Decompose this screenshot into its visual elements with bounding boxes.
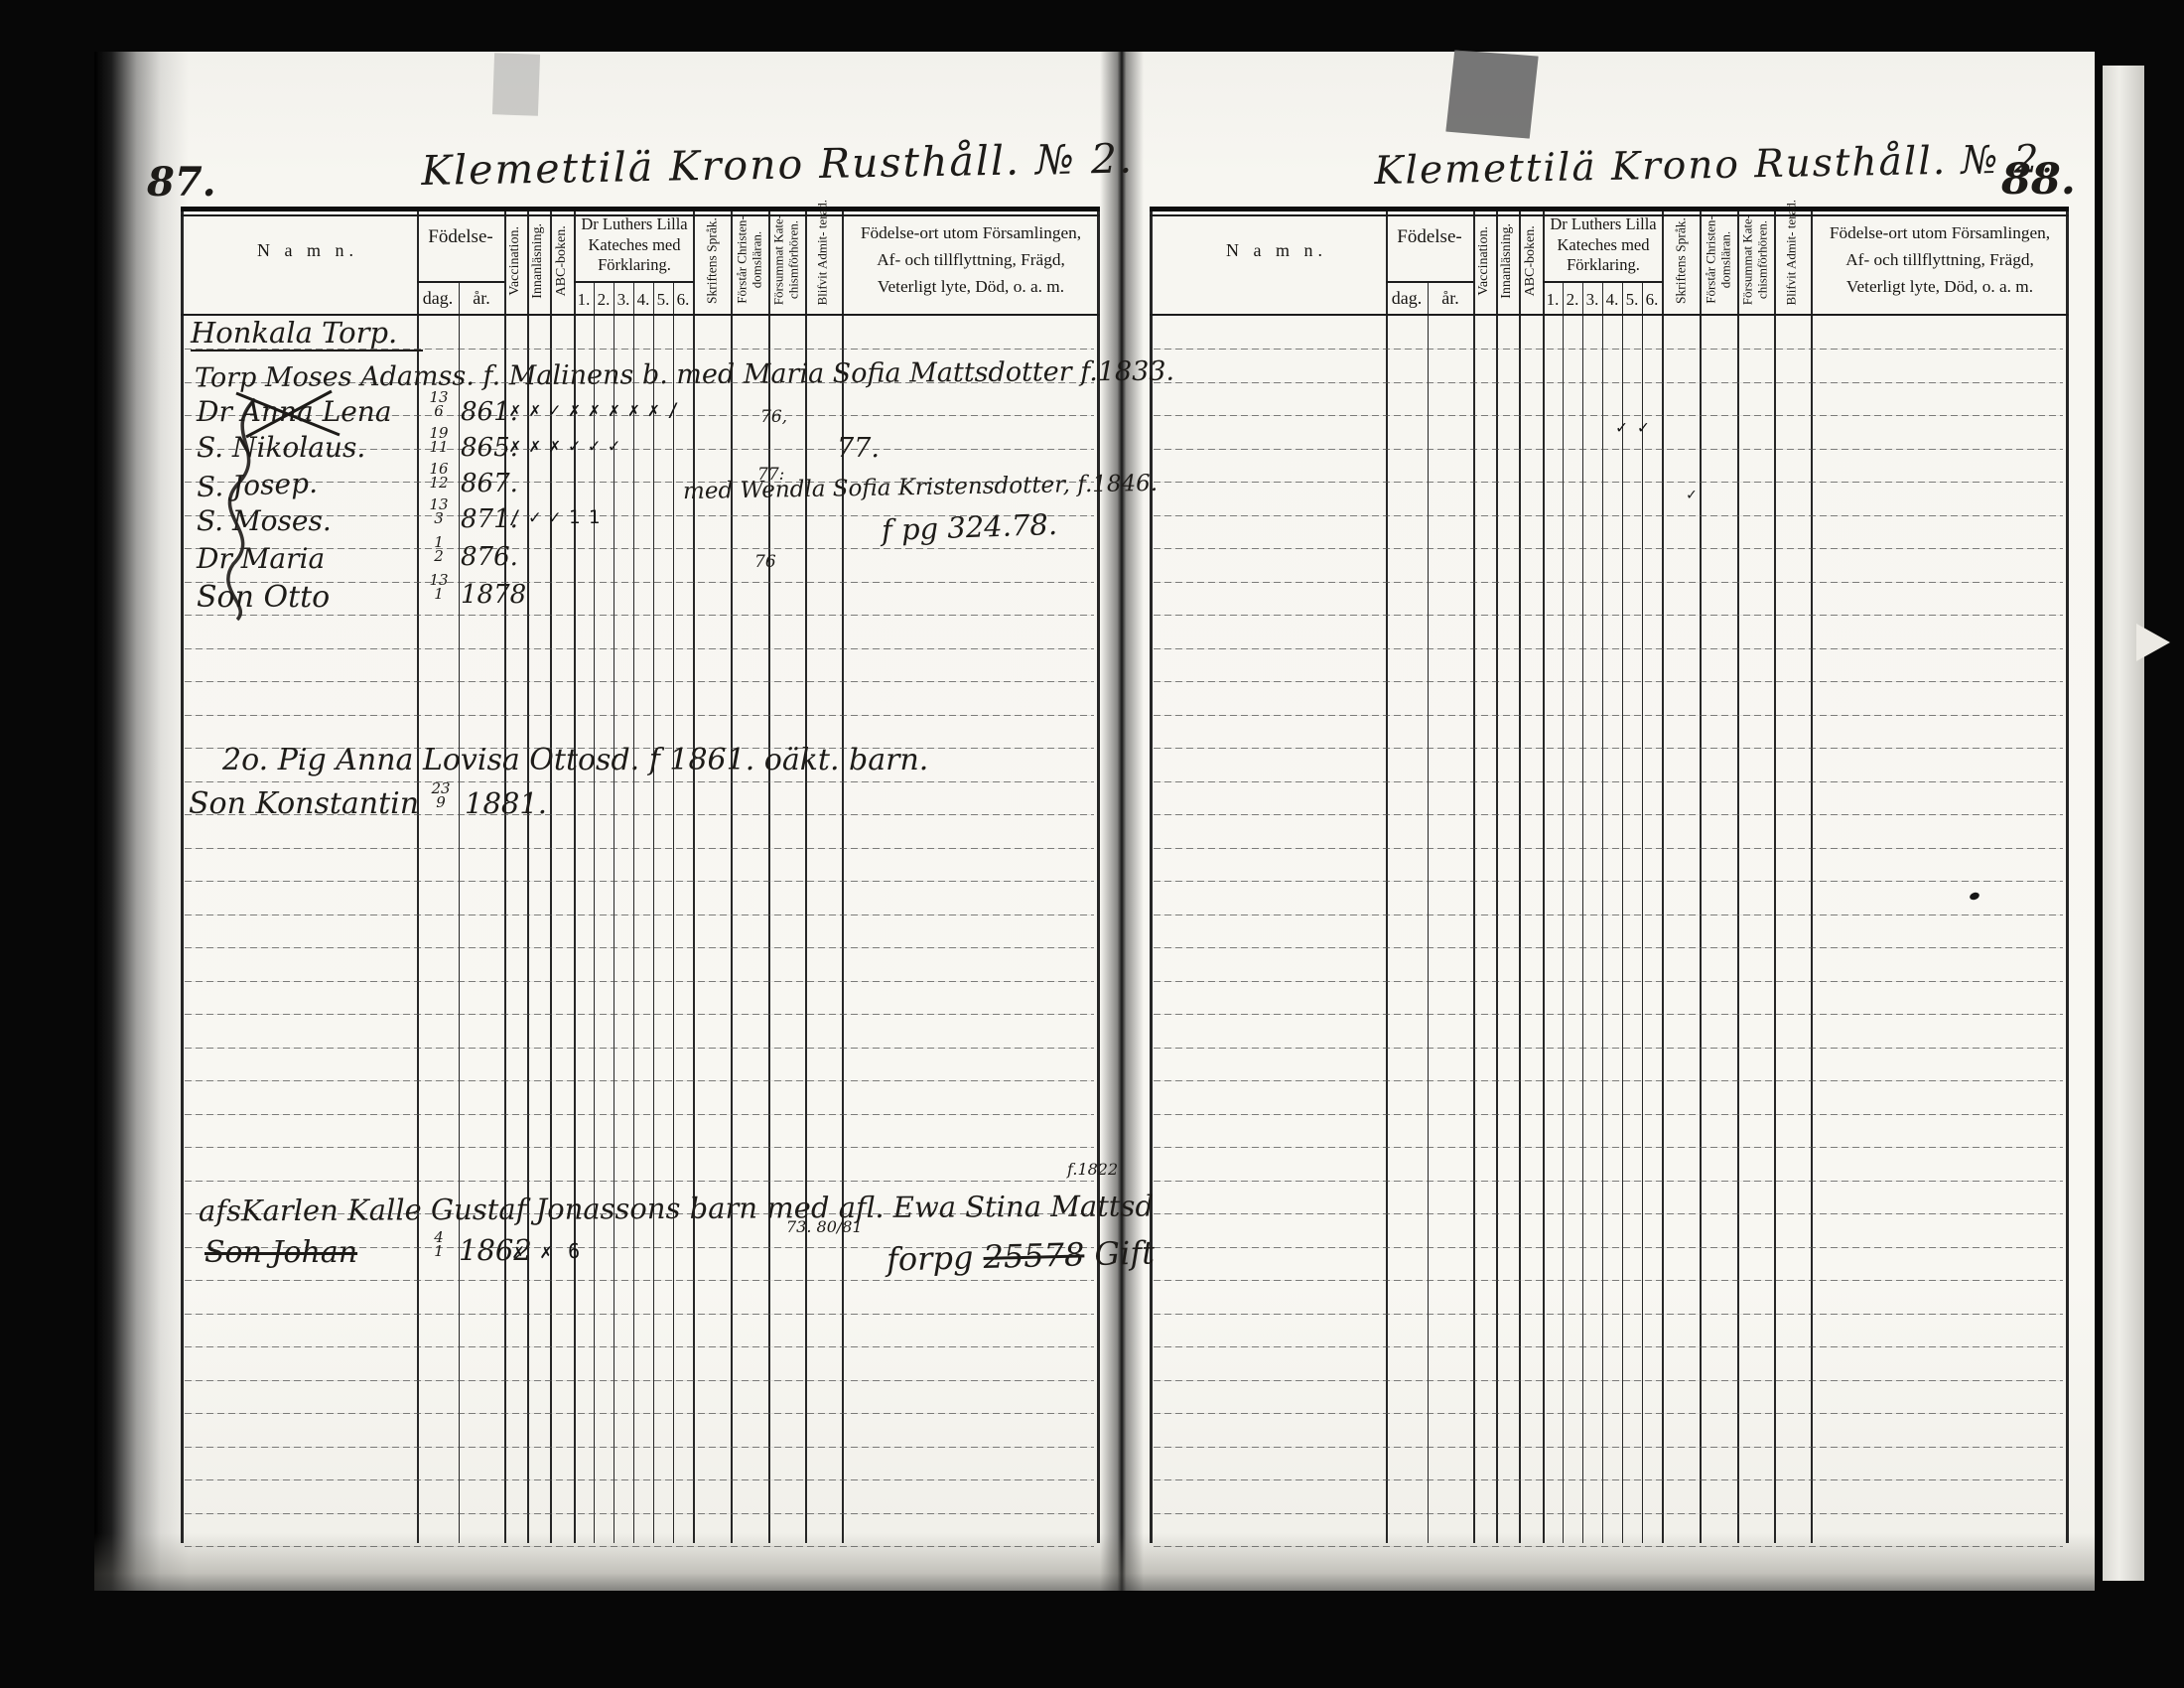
col-header-blifvit: Blifvit Admit- terad. (1785, 197, 1800, 308)
grid-line (1154, 582, 2063, 583)
record-name: Son Johan (205, 1235, 357, 1270)
birth-month: 11 (421, 441, 457, 455)
grid-line (1700, 209, 1702, 1543)
grid-line (1154, 1380, 2063, 1381)
record-entry: 2o. Pig Anna Lovisa Ottosd. f 1861. oäkt… (222, 743, 928, 777)
col-header-k4: 4. (633, 290, 653, 310)
col-header-innanlasning: Innanläsning. (1499, 206, 1515, 317)
birth-month: 1 (421, 588, 457, 602)
grid-line (633, 281, 634, 1543)
col-header-k3: 3. (1582, 290, 1602, 310)
record-entry: afsKarlen Kalle Gustaf Jonassons barn me… (199, 1189, 1154, 1227)
tick-marks: ✓✓ (1616, 417, 1660, 438)
grid-line (1811, 209, 1813, 1543)
grid-line (1737, 209, 1739, 1543)
grid-line (1154, 947, 2063, 948)
col-header-k2: 2. (1563, 290, 1582, 310)
grid-line (1662, 209, 1664, 1543)
grid-line (1543, 209, 1545, 1543)
grid-line (185, 1080, 1094, 1081)
grid-line (1154, 981, 2063, 982)
col-header-ar: år. (459, 288, 504, 309)
grid-line (842, 209, 844, 1543)
margin-number: 77. (837, 433, 880, 464)
grid-line (185, 1014, 1094, 1015)
birth-year-note: f.1822 (1067, 1160, 1118, 1179)
col-header-k2: 2. (594, 290, 614, 310)
section-heading: Honkala Torp. (191, 316, 423, 352)
col-header-forsummat: Försummat Kate- chismförhören. (1740, 205, 1769, 316)
grid-line (185, 1181, 1094, 1182)
birth-month: 9 (423, 796, 459, 810)
col-header-skriftens: Skriftens Språk. (1673, 206, 1688, 317)
col-header-fodelse: Födelse- (1386, 226, 1473, 248)
col-header-vaccination: Vaccination. (507, 206, 523, 317)
col-header-katekes: Dr Luthers Lilla Kateches med Förklaring… (576, 214, 693, 276)
grid-line (1154, 681, 2063, 682)
grid-line (185, 848, 1094, 849)
col-header-k3: 3. (614, 290, 633, 310)
birth-year: 867. (461, 469, 518, 498)
grid-line (805, 209, 807, 1543)
grid-line (1150, 209, 1153, 1543)
grid-line (1154, 615, 2063, 616)
col-header-fodelse: Födelse- (417, 226, 504, 248)
page-reference: forpg 25578 Gift (887, 1233, 1156, 1278)
grid-line (1154, 1413, 2063, 1414)
grid-line (1154, 515, 2063, 516)
grid-line (1154, 814, 2063, 815)
col-header-katekes: Dr Luthers Lilla Kateches med Förklaring… (1545, 214, 1662, 276)
record-name: Son Konstantin (189, 786, 419, 821)
col-header-ar: år. (1428, 288, 1473, 309)
grid-line (185, 981, 1094, 982)
grid-line (1154, 548, 2063, 549)
grid-line (1097, 209, 1100, 1543)
reference-prefix: forpg (887, 1238, 974, 1278)
grid-line (185, 947, 1094, 948)
grid-line (1154, 748, 2063, 749)
notes-line-3: Veterligt lyte, Död, o. a. m. (1815, 274, 2065, 301)
grid-line (653, 281, 654, 1543)
grid-line (1154, 848, 2063, 849)
grid-line (1154, 1314, 2063, 1315)
grid-line (185, 1346, 1094, 1347)
grid-line (1154, 1114, 2063, 1115)
grid-line (1154, 914, 2063, 915)
birth-year: 1878 (461, 580, 526, 610)
grid-line (185, 1513, 1094, 1514)
grid-line (185, 648, 1094, 649)
grid-line (1154, 781, 2063, 782)
grid-line (1154, 881, 2063, 882)
col-header-vaccination: Vaccination. (1476, 206, 1492, 317)
reference-suffix: Gift (1094, 1233, 1155, 1273)
grid-line (1642, 281, 1643, 1543)
col-header-k6: 6. (673, 290, 693, 310)
col-header-k5: 5. (1622, 290, 1642, 310)
grid-line (1154, 449, 2063, 450)
birth-month: 12 (421, 477, 457, 491)
col-header-skriftens: Skriftens Språk. (704, 206, 719, 317)
table-header-left: N a m n. Födelse- dag. år. Vaccination. … (0, 0, 1097, 397)
grid-line (185, 1447, 1094, 1448)
grid-line (1496, 209, 1498, 1543)
col-header-abc: ABC-boken. (1523, 206, 1539, 317)
bottom-shadow (94, 1533, 2095, 1591)
col-header-forstar: Förstår Christen- domsläran. (735, 205, 763, 316)
grid-line (1582, 281, 1583, 1543)
grid-line (1154, 1014, 2063, 1015)
grid-line (185, 615, 1094, 616)
grid-line (1774, 209, 1776, 1543)
col-header-forsummat: Försummat Kate- chismförhören. (771, 205, 800, 316)
grid-line (1154, 1280, 2063, 1281)
grid-line (594, 281, 595, 1543)
catechism-marks: ✗✗6 (512, 1239, 596, 1263)
birth-month: 3 (421, 512, 457, 526)
grid-line (1473, 209, 1475, 1543)
grid-line (1154, 1247, 2063, 1248)
col-header-dag: dag. (417, 288, 459, 309)
grid-line (185, 1280, 1094, 1281)
grid-line (1563, 281, 1564, 1543)
catechism-marks: /✓✓11 (509, 506, 609, 528)
col-header-notes: Födelse-ort utom Församlingen, Af- och t… (1815, 220, 2065, 300)
col-header-blifvit: Blifvit Admit- terad. (816, 197, 831, 308)
margin-number: 76, (760, 407, 787, 427)
margin-number: 73. 80/81 (786, 1217, 863, 1236)
grid-line (185, 1546, 1094, 1547)
birth-year: 1881. (465, 786, 547, 820)
grid-line (1154, 1447, 2063, 1448)
col-header-namn: N a m n. (228, 240, 387, 261)
col-header-k1: 1. (574, 290, 594, 310)
crossout-squiggle (204, 395, 293, 624)
grid-line (1154, 415, 2063, 416)
grid-line (1602, 281, 1603, 1543)
grid-line (1154, 1213, 2063, 1214)
grid-line (731, 209, 733, 1543)
grid-line (185, 781, 1094, 782)
grid-line (2066, 209, 2069, 1543)
grid-line (1154, 1147, 2063, 1148)
grid-line (1154, 648, 2063, 649)
grid-line (693, 209, 695, 1543)
grid-line (1154, 482, 2063, 483)
margin-number: 76 (754, 552, 776, 572)
grid-line (673, 281, 674, 1543)
grid-line (185, 681, 1094, 682)
table-header-right: N a m n. Födelse- dag. år. Vaccination. … (969, 0, 2066, 397)
birth-month: 2 (421, 550, 457, 564)
grid-line (185, 881, 1094, 882)
grid-line (1154, 1181, 2063, 1182)
col-header-forstar: Förstår Christen- domsläran. (1704, 205, 1732, 316)
grid-line (185, 1147, 1094, 1148)
grid-line (1154, 1048, 2063, 1049)
grid-line (185, 1314, 1094, 1315)
notes-line-2: Af- och tillflyttning, Frägd, (1815, 247, 2065, 274)
grid-line (1154, 1513, 2063, 1514)
grid-line (185, 1479, 1094, 1480)
grid-line (185, 1380, 1094, 1381)
reference-number-struck: 25578 (983, 1235, 1085, 1276)
birth-month: 1 (421, 1245, 457, 1259)
catechism-marks: ✗✗✗✓✓✓ (509, 435, 628, 457)
grid-line (1154, 1346, 2063, 1347)
page-reference: f pg 324.78. (881, 507, 1057, 547)
col-header-abc: ABC-boken. (554, 206, 570, 317)
col-header-innanlasning: Innanläsning. (530, 206, 546, 317)
col-header-k1: 1. (1543, 290, 1563, 310)
birth-year: 876. (461, 542, 518, 572)
grid-line (185, 1413, 1094, 1414)
grid-line (1519, 209, 1521, 1543)
grid-line (181, 209, 184, 1543)
col-header-namn: N a m n. (1197, 240, 1356, 261)
catechism-marks: ✗✗✓✗✗✗✗✗/ (509, 399, 687, 421)
page-corner-artifact (2136, 624, 2170, 661)
grid-line (1154, 1080, 2063, 1081)
grid-line (185, 715, 1094, 716)
notes-line-1: Födelse-ort utom Församlingen, (1815, 220, 2065, 247)
grid-line (1154, 1479, 2063, 1480)
grid-line (614, 281, 614, 1543)
col-header-k4: 4. (1602, 290, 1622, 310)
grid-line (185, 1048, 1094, 1049)
scanned-book-spread: 87. Klemettilä Krono Rusthåll. № 2. 88. … (0, 0, 2184, 1688)
birth-month: 6 (421, 405, 457, 419)
next-page-edge (2103, 66, 2144, 1581)
tick-mark: ✓ (1687, 485, 1697, 503)
col-header-k5: 5. (653, 290, 673, 310)
col-header-dag: dag. (1386, 288, 1428, 309)
col-header-k6: 6. (1642, 290, 1662, 310)
grid-line (185, 1114, 1094, 1115)
grid-line (185, 914, 1094, 915)
grid-line (1386, 209, 1388, 1543)
grid-line (1154, 715, 2063, 716)
grid-line (1428, 281, 1429, 1543)
grid-line (1154, 1546, 2063, 1547)
grid-line (417, 209, 419, 1543)
grid-line (1622, 281, 1623, 1543)
